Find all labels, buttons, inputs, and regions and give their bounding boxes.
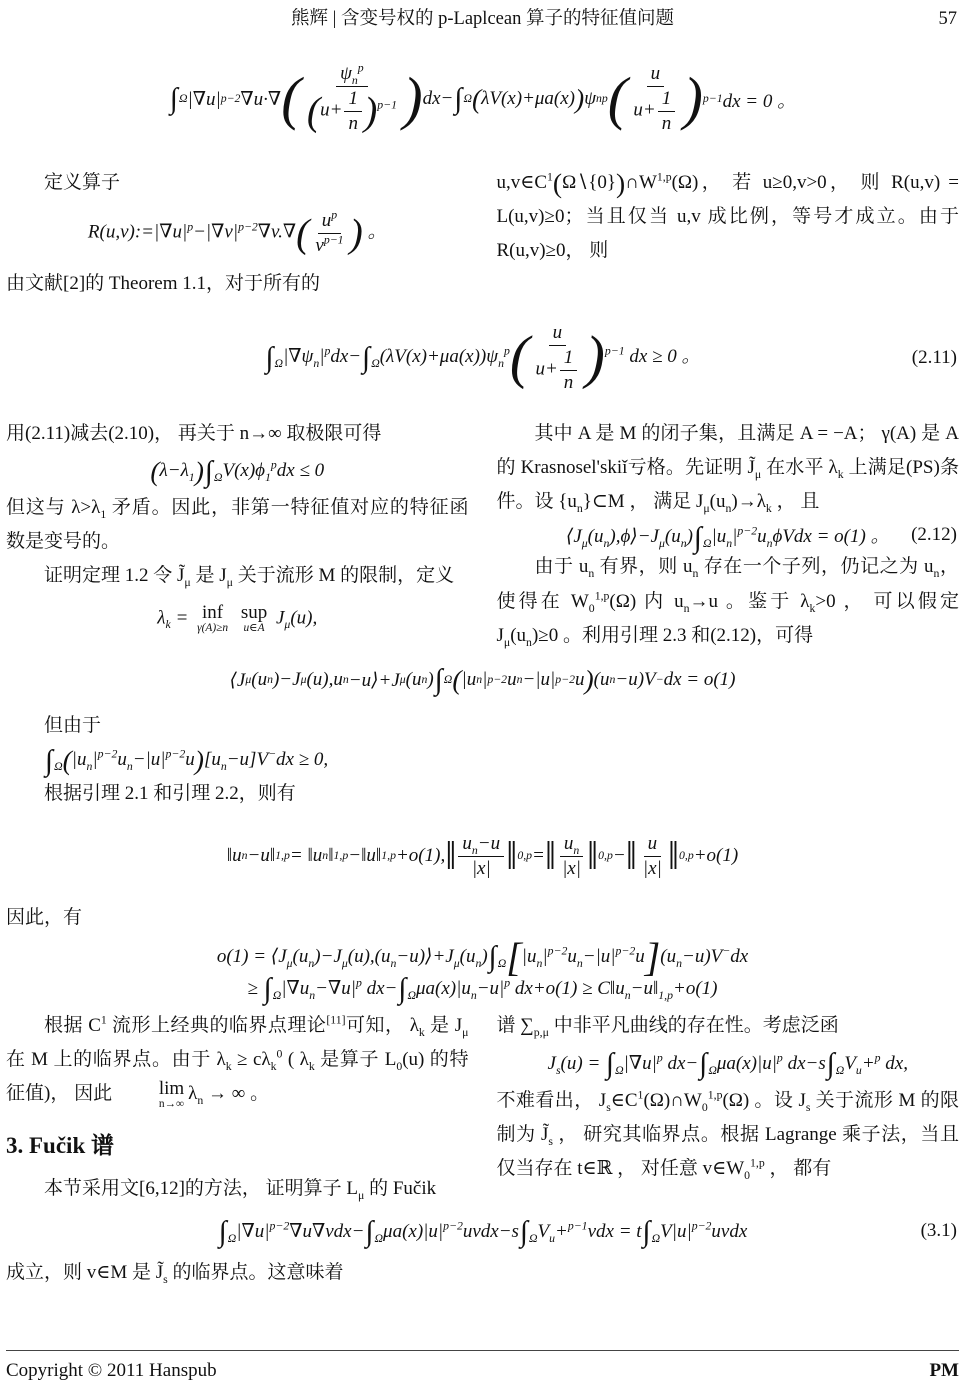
paragraph-lagrange-multiplier: 不难看出， Js∈C1(Ω)∩W01,p(Ω) 。设 Js 关于流形 M 的限制… (497, 1084, 960, 1187)
display-equation-norm-splitting: ‖un−u‖1,p = ‖un‖1,p−‖u‖1,p+o(1), ‖un−u|x… (6, 815, 959, 897)
display-equation-v-minus-positive: ∫Ω(|un|p−2un−|u|p−2u)[un−u]V−dx ≥ 0, (44, 749, 959, 771)
display-equation-main: ∫Ω|∇u|p−2∇u·∇(ψnp(u+1n)p−1)dx−∫Ω(λV(x)+μ… (6, 36, 959, 162)
equation-number-2-12: (2.12) (911, 524, 957, 546)
paragraph-but-since: 但由于 (6, 709, 959, 743)
display-equation-Js-functional: Js(u) = ∫Ω|∇u|p dx−∫Ωμa(x)|u|p dx−s∫ΩVu+… (497, 1052, 960, 1075)
block-therefore: 因此，有 o(1) = ⟨Jμ(un)−Jμ(u),(un−u)⟩+Jμ(un)… (6, 901, 959, 999)
paragraph-subtract-limit: 用(2.11)减去(2.10)， 再关于 n→∞ 取极限可得 (6, 417, 469, 451)
paragraph-genus-definition: 其中 A 是 M 的闭子集，且满足 A = −A； γ(A) 是 A 的 Kra… (497, 417, 960, 520)
paragraph-contradiction: 但这与 λ>λ1 矛盾。因此，非第一特征值对应的特征函数是变号的。 (6, 491, 469, 559)
display-equation-estimate-line-2: ≥ ∫Ω|∇un−∇u|p dx−∫Ωμa(x)|un−u|p dx+o(1) … (6, 977, 959, 1000)
two-column-section-2: 用(2.11)减去(2.10)， 再关于 n→∞ 取极限可得 (λ−λ1)∫ΩV… (6, 417, 959, 653)
display-equation-2-11: ∫Ω|∇ψn|pdx−∫Ω(λV(x)+μa(x))ψnp(uu+1n)p−1 … (264, 321, 700, 394)
column-right: 其中 A 是 M 的闭子集，且满足 A = −A； γ(A) 是 A 的 Kra… (497, 417, 960, 653)
block-but-since: 但由于 ∫Ω(|un|p−2un−|u|p−2u)[un−u]V−dx ≥ 0,… (6, 709, 959, 811)
section-heading-fucik-spectrum: 3. Fučik 谱 (6, 1127, 469, 1160)
footer-journal-mark: PM (929, 1360, 959, 1382)
display-equation-convergence: ⟨Jμ(un)−Jμ(u),un−u⟩+Jμ(un)∫Ω(|un|p−2un−|… (6, 655, 959, 705)
display-equation-lambda-inequality: (λ−λ1)∫ΩV(x)ϕ1pdx ≤ 0 (6, 460, 469, 482)
running-title: 熊辉 | 含变号权的 p-Laplcean 算子的特征值问题 (291, 9, 674, 29)
two-column-section-3: 根据 C1 流形上经典的临界点理论[11]可知， λk 是 Jμ 在 M 上的临… (6, 1009, 959, 1207)
column-right: u,v∈C1(Ω∖{0})∩W1,p(Ω)， 若 u≥0,v>0， 则 R(u,… (497, 166, 960, 301)
paragraph-theorem-reference: 由文献[2]的 Theorem 1.1，对于所有的 (6, 267, 469, 301)
equation-number-2-11: (2.11) (912, 347, 957, 369)
paragraph-therefore: 因此，有 (6, 901, 959, 935)
display-equation-2-12: ⟨Jμ(un),ϕ⟩−Jμ(un)∫Ω|un|p−2unϕVdx = o(1) … (566, 521, 890, 548)
paragraph-critical-point-theory: 根据 C1 流形上经典的临界点理论[11]可知， λk 是 Jμ 在 M 上的临… (6, 1009, 469, 1112)
page-header: 熊辉 | 含变号权的 p-Laplcean 算子的特征值问题 57 (6, 6, 959, 34)
paragraph-bounded-subsequence: 由于 un 有界，则 un 存在一个子列，仍记之为 un，使得在 W01,p(Ω… (497, 550, 960, 653)
display-equation-lambda-k-minimax: λk = infγ(A)≥n supu∈A Jμ(u), (6, 603, 469, 635)
column-left: 定义算子 R(u,v):=|∇u|p−|∇v|p−2∇v.∇(upvp−1) 。… (6, 166, 469, 301)
paragraph-define-operator: 定义算子 (6, 166, 469, 200)
column-left: 用(2.11)减去(2.10)， 再关于 n→∞ 取极限可得 (λ−λ1)∫ΩV… (6, 417, 469, 653)
paragraph-by-lemmas: 根据引理 2.1 和引理 2.2，则有 (6, 777, 959, 811)
column-left: 根据 C1 流形上经典的临界点理论[11]可知， λk 是 Jμ 在 M 上的临… (6, 1009, 469, 1207)
paragraph-section-method: 本节采用文[6,12]的方法， 证明算子 Lμ 的 Fučik (6, 1172, 469, 1206)
display-equation-estimate-line-1: o(1) = ⟨Jμ(un)−Jμ(u),(un−u)⟩+Jμ(un)∫Ω[|u… (6, 945, 959, 968)
display-equation-3-1: ∫Ω|∇u|p−2∇u∇vdx−∫Ωμa(x)|u|p−2uvdx−s∫ΩVu+… (218, 1220, 748, 1243)
display-equation-2-11-row: ∫Ω|∇ψn|pdx−∫Ω(λV(x)+μa(x))ψnp(uu+1n)p−1 … (6, 303, 959, 413)
equation-number-3-1: (3.1) (921, 1220, 957, 1242)
display-equation-2-12-row: ⟨Jμ(un),ϕ⟩−Jμ(un)∫Ω|un|p−2unϕVdx = o(1) … (497, 521, 960, 548)
page-footer: Copyright © 2011 Hanspub PM (6, 1350, 959, 1382)
column-right: 谱 ∑p,μ 中非平凡曲线的存在性。考虑泛函 Js(u) = ∫Ω|∇u|p d… (497, 1009, 960, 1207)
two-column-section-1: 定义算子 R(u,v):=|∇u|p−|∇v|p−2∇v.∇(upvp−1) 。… (6, 166, 959, 301)
paragraph-proof-theorem-1-2: 证明定理 1.2 令 J̃μ 是 Jμ 关于流形 M 的限制，定义 (6, 559, 469, 593)
paragraph-spectrum-curves: 谱 ∑p,μ 中非平凡曲线的存在性。考虑泛函 (497, 1009, 960, 1043)
document-page: 熊辉 | 含变号权的 p-Laplcean 算子的特征值问题 57 ∫Ω|∇u|… (0, 0, 967, 1386)
page-number: 57 (939, 6, 958, 32)
paragraph-closing: 成立，则 v∈M 是 J̃s 的临界点。这意味着 (6, 1256, 959, 1290)
footer-copyright: Copyright © 2011 Hanspub (6, 1360, 217, 1382)
display-equation-3-1-row: ∫Ω|∇u|p−2∇u∇vdx−∫Ωμa(x)|u|p−2uvdx−s∫ΩVu+… (6, 1208, 959, 1254)
display-equation-operator-R: R(u,v):=|∇u|p−|∇v|p−2∇v.∇(upvp−1) 。 (6, 209, 469, 258)
paragraph-uv-conditions: u,v∈C1(Ω∖{0})∩W1,p(Ω)， 若 u≥0,v>0， 则 R(u,… (497, 166, 960, 269)
